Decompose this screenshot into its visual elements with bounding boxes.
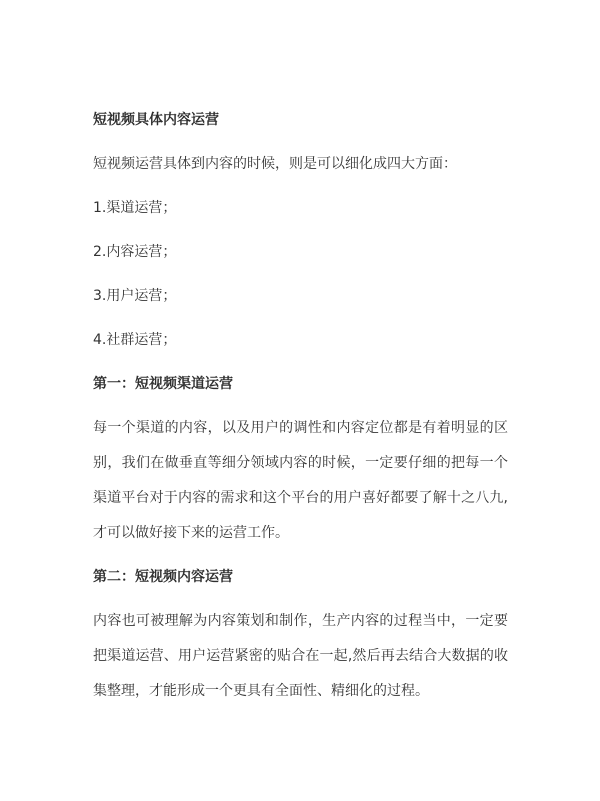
list-item-community: 4.社群运营； xyxy=(93,323,508,358)
doc-title: 短视频具体内容运营 xyxy=(93,103,508,138)
section-1-body: 每一个渠道的内容，以及用户的调性和内容定位都是有着明显的区别，我们在做垂直等细分… xyxy=(93,411,508,551)
document-page: 短视频具体内容运营 短视频运营具体到内容的时候，则是可以细化成四大方面： 1.渠… xyxy=(0,0,600,801)
section-2-body: 内容也可被理解为内容策划和制作，生产内容的过程当中，一定要把渠道运营、用户运营紧… xyxy=(93,604,508,709)
list-item-content: 2.内容运营； xyxy=(93,235,508,270)
section-2-heading: 第二：短视频内容运营 xyxy=(93,560,508,595)
list-item-channel: 1.渠道运营； xyxy=(93,191,508,226)
intro-paragraph: 短视频运营具体到内容的时候，则是可以细化成四大方面： xyxy=(93,147,508,182)
section-1-heading: 第一：短视频渠道运营 xyxy=(93,367,508,402)
list-item-user: 3.用户运营； xyxy=(93,279,508,314)
